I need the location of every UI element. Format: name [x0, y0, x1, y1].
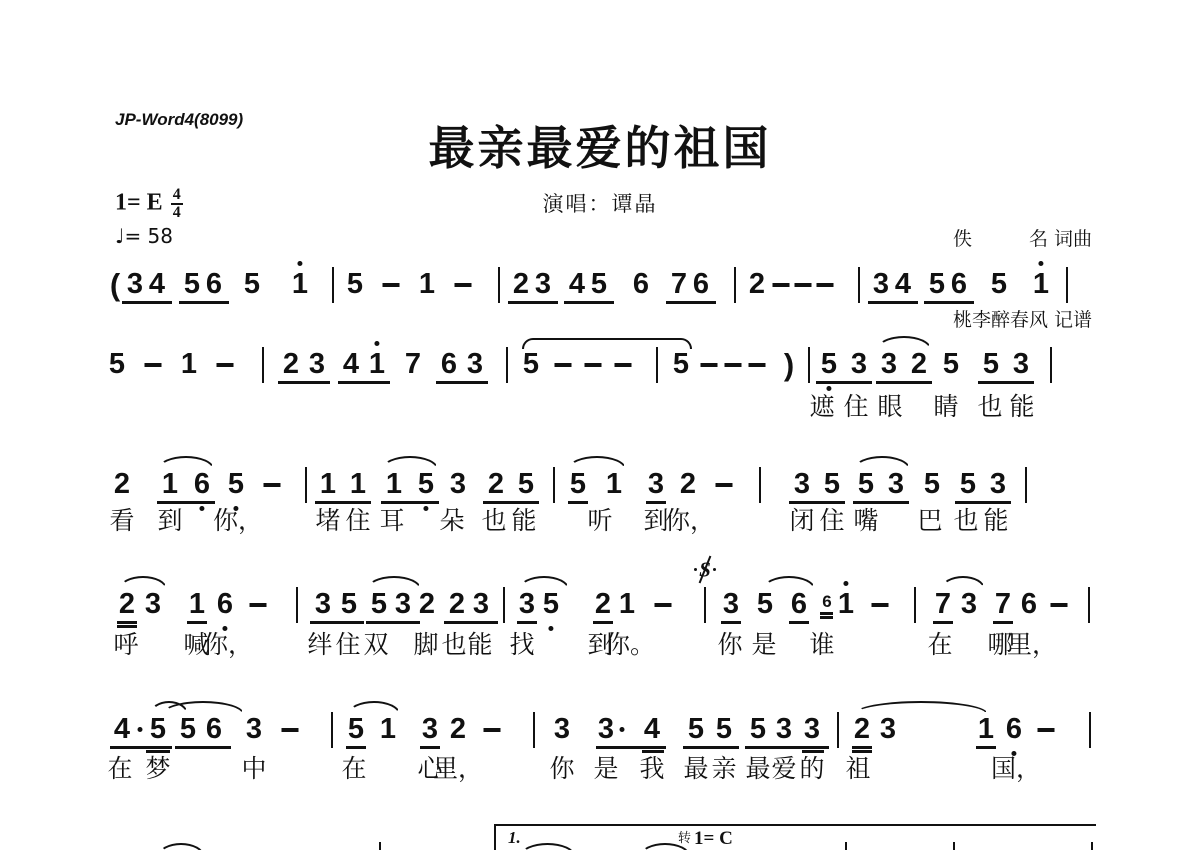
note: 5: [347, 270, 363, 299]
barline: [734, 267, 736, 303]
note: 5: [983, 350, 999, 379]
augmentation-dot: [138, 727, 143, 732]
lyric-char: 能: [511, 508, 536, 534]
beam-underline: [564, 301, 614, 304]
barline: [1025, 467, 1027, 503]
dash-prolong: [749, 363, 766, 367]
barline: [506, 347, 508, 383]
note: 5: [929, 270, 945, 299]
note: 3: [794, 470, 810, 499]
beam-underline: [310, 621, 364, 624]
beam-underline: [381, 501, 439, 504]
beam-underline: [978, 381, 1034, 384]
beam-underline: [517, 621, 537, 624]
note: 1: [189, 590, 205, 619]
slur-arc: [854, 456, 910, 469]
note: 5: [591, 270, 607, 299]
note: 5: [523, 350, 539, 379]
beam-underline: [110, 746, 172, 749]
partial-barline: [379, 842, 381, 850]
note: 5: [184, 270, 200, 299]
note: 7: [405, 350, 421, 379]
beam-underline: [117, 625, 137, 628]
partial-slur-arc: [158, 843, 204, 850]
note: 1: [606, 470, 622, 499]
note: 5: [348, 715, 364, 744]
barline: [837, 712, 839, 748]
lyric-char: 能: [983, 508, 1008, 534]
beam-underline: [745, 746, 829, 749]
lyric-char: 里，: [433, 756, 483, 782]
sheet-music-page: JP-Word4(8099) 最亲最爱的祖国 演唱：谭晶 佚 名 词曲 桃李醉春…: [0, 0, 1200, 850]
lyric-char: 国，: [991, 756, 1041, 782]
beam-underline: [338, 381, 390, 384]
slur-arc: [119, 576, 167, 589]
beam-underline: [315, 501, 371, 504]
beam-underline: [876, 381, 932, 384]
lyric-char: 亲: [711, 756, 736, 782]
note: 2: [114, 470, 130, 499]
slur-arc: [382, 456, 438, 469]
note: 3: [473, 590, 489, 619]
beam-underline: [816, 381, 872, 384]
modulation-word: 转: [678, 831, 691, 846]
slur-arc: [877, 336, 931, 349]
beam-underline: [789, 621, 809, 624]
dash-prolong: [872, 603, 889, 607]
modulation-key: 1= C: [694, 828, 733, 849]
dash-prolong: [817, 283, 834, 287]
lyric-char: 最: [683, 756, 708, 782]
lyric-char: 在: [107, 756, 132, 782]
beam-underline: [508, 301, 558, 304]
slur-arc: [941, 576, 985, 589]
note: 3: [723, 590, 739, 619]
lyric-char: 也: [441, 632, 466, 658]
beam-underline: [820, 612, 833, 615]
lyric-char: 双: [363, 632, 388, 658]
barline: [656, 347, 658, 383]
note: 2: [283, 350, 299, 379]
beam-underline: [852, 750, 872, 753]
slur-arc: [763, 576, 815, 589]
lyric-char: 到: [157, 508, 182, 534]
note: 3: [888, 470, 904, 499]
note: 1: [1033, 270, 1049, 299]
lyric-char: 你，: [203, 632, 253, 658]
lyric-char: 能: [1009, 394, 1034, 420]
lyric-char: 堵: [315, 508, 340, 534]
lyric-char: 闭: [789, 508, 814, 534]
note: 2: [513, 270, 529, 299]
note: 2: [419, 590, 435, 619]
lyric-char: 在: [927, 632, 952, 658]
note: 3: [776, 715, 792, 744]
note: 5: [757, 590, 773, 619]
note: 6: [633, 270, 649, 299]
lyric-char: 看: [109, 508, 134, 534]
slur-arc: [568, 456, 626, 469]
barline: [1089, 712, 1091, 748]
octave-dot-low: [548, 626, 553, 631]
beam-underline: [646, 501, 666, 504]
segno-icon: S: [695, 556, 715, 584]
lyric-char: 呼: [113, 632, 138, 658]
volta-number: 1.: [508, 828, 521, 848]
note: 6: [1006, 715, 1022, 744]
lyric-char: 睛: [933, 394, 958, 420]
beam-underline: [117, 621, 137, 624]
lyric-char: 住: [335, 632, 360, 658]
note: 6: [206, 715, 222, 744]
dash-prolong: [585, 363, 602, 367]
note: 3: [422, 715, 438, 744]
dash-prolong: [795, 283, 812, 287]
lyric-char: 最: [745, 756, 770, 782]
dash-prolong: [282, 728, 299, 732]
beam-underline: [993, 621, 1013, 624]
lyric-char: 也: [977, 394, 1002, 420]
beam-underline: [179, 301, 229, 304]
barline: [262, 347, 264, 383]
lyric-char: 能: [467, 632, 492, 658]
beam-underline: [955, 501, 1011, 504]
octave-dot-low: [423, 506, 428, 511]
beam-underline: [852, 746, 872, 749]
lyric-char: 你。: [605, 632, 655, 658]
barline: [331, 712, 333, 748]
octave-dot-high: [374, 341, 379, 346]
lyric-char: 中: [241, 756, 266, 782]
note: 3: [961, 590, 977, 619]
note: 3: [535, 270, 551, 299]
lyric-char: 住: [345, 508, 370, 534]
lyric-char: 听: [587, 508, 612, 534]
note: 3: [554, 715, 570, 744]
note: 3: [873, 270, 889, 299]
note: 4: [343, 350, 359, 379]
lyric-char: 也: [953, 508, 978, 534]
lyric-char: 是: [593, 756, 618, 782]
beam-underline: [346, 746, 366, 749]
note: 5: [858, 470, 874, 499]
note: 2: [749, 270, 765, 299]
lyric-char: 祖: [845, 756, 870, 782]
augmentation-dot: [620, 727, 625, 732]
lyric-char: 的: [799, 756, 824, 782]
note: 1: [369, 350, 385, 379]
note: 1: [978, 715, 994, 744]
slur-arc: [348, 701, 400, 714]
note: 3: [1013, 350, 1029, 379]
note: 5: [180, 715, 196, 744]
lyric-char: 遮: [809, 394, 834, 420]
note: 6: [951, 270, 967, 299]
beam-underline: [483, 501, 539, 504]
dash-prolong: [773, 283, 790, 287]
note: 5: [824, 470, 840, 499]
beam-underline: [976, 746, 996, 749]
note: 5: [418, 470, 434, 499]
beam-underline: [596, 746, 666, 749]
dash-prolong: [1051, 603, 1068, 607]
paren: (: [110, 270, 120, 299]
tie-arc: [522, 338, 692, 349]
note: 3: [851, 350, 867, 379]
lyric-char: 是: [751, 632, 776, 658]
dash-prolong: [383, 283, 400, 287]
note: 1: [386, 470, 402, 499]
lyric-char: 绊: [307, 632, 332, 658]
note: 3: [990, 470, 1006, 499]
note: 2: [449, 590, 465, 619]
lyric-char: 我: [639, 756, 664, 782]
note: 2: [854, 715, 870, 744]
slur-arc: [854, 701, 988, 714]
octave-dot-high: [297, 261, 302, 266]
note: 3: [881, 350, 897, 379]
note: 6: [217, 590, 233, 619]
note: 5: [673, 350, 689, 379]
barline: [759, 467, 761, 503]
beam-underline: [853, 501, 909, 504]
barline: [1066, 267, 1068, 303]
barline: [503, 587, 505, 623]
lyric-char: 你: [549, 756, 574, 782]
barline: [914, 587, 916, 623]
note: 6: [441, 350, 457, 379]
note: 5: [244, 270, 260, 299]
lyric-char: 你，: [665, 508, 715, 534]
dash-prolong: [1038, 728, 1055, 732]
note: 1: [419, 270, 435, 299]
note: 1: [181, 350, 197, 379]
note: 3: [395, 590, 411, 619]
note: 6: [194, 470, 210, 499]
dash-prolong: [701, 363, 718, 367]
note: 7: [995, 590, 1011, 619]
beam-underline: [933, 621, 953, 624]
note: 2: [680, 470, 696, 499]
note: 1: [380, 715, 396, 744]
beam-underline: [146, 750, 170, 753]
beam-underline: [802, 750, 824, 753]
octave-dot-high: [1038, 261, 1043, 266]
note: 4: [644, 715, 660, 744]
dash-prolong: [615, 363, 632, 367]
lyric-char: 住: [819, 508, 844, 534]
beam-underline: [366, 621, 420, 624]
note: 1: [619, 590, 635, 619]
beam-underline: [157, 501, 215, 504]
note: 6: [791, 590, 807, 619]
grace-note: 6: [822, 593, 831, 610]
lyric-char: 谁: [809, 632, 834, 658]
note: 5: [150, 715, 166, 744]
barline: [296, 587, 298, 623]
note: 5: [716, 715, 732, 744]
lyric-char: 里，: [1007, 632, 1057, 658]
note: 5: [371, 590, 387, 619]
note: 2: [450, 715, 466, 744]
beam-underline: [420, 746, 440, 749]
note: 5: [991, 270, 1007, 299]
barline: [858, 267, 860, 303]
note: 3: [246, 715, 262, 744]
dash-prolong: [655, 603, 672, 607]
lyric-char: 在: [341, 756, 366, 782]
octave-dot-high: [843, 581, 848, 586]
lyric-char: 朵: [439, 508, 464, 534]
volta-bracket: 1. 转1= C: [494, 824, 1096, 850]
note: 6: [693, 270, 709, 299]
barline: [808, 347, 810, 383]
dash-prolong: [725, 363, 742, 367]
beam-underline: [436, 381, 488, 384]
note: 3: [127, 270, 143, 299]
note: 7: [935, 590, 951, 619]
beam-underline: [278, 381, 330, 384]
note: 3: [519, 590, 535, 619]
note: 5: [228, 470, 244, 499]
beam-underline: [593, 621, 613, 624]
score: (345651512345676234565151234176355)53325…: [0, 0, 1200, 850]
note: 6: [206, 270, 222, 299]
note: 3: [467, 350, 483, 379]
lyric-char: 也: [481, 508, 506, 534]
octave-dot-low: [199, 506, 204, 511]
lyric-char: 你，: [213, 508, 263, 534]
beam-underline: [187, 621, 207, 624]
lyric-char: 巴: [917, 508, 942, 534]
lyric-char: 爱: [771, 756, 796, 782]
note: 5: [688, 715, 704, 744]
beam-underline: [789, 501, 845, 504]
lyric-char: 找: [509, 632, 534, 658]
note: 2: [488, 470, 504, 499]
note: 5: [341, 590, 357, 619]
lyric-char: 眼: [877, 394, 902, 420]
note: 3: [309, 350, 325, 379]
lyric-char: 梦: [145, 756, 170, 782]
beam-underline: [683, 746, 739, 749]
note: 3: [145, 590, 161, 619]
barline: [704, 587, 706, 623]
note: 2: [911, 350, 927, 379]
note: 3: [450, 470, 466, 499]
dash-prolong: [555, 363, 572, 367]
barline: [498, 267, 500, 303]
note: 7: [671, 270, 687, 299]
note: 5: [518, 470, 534, 499]
note: 5: [924, 470, 940, 499]
note: 5: [960, 470, 976, 499]
beam-underline: [820, 616, 833, 619]
note: 3: [880, 715, 896, 744]
dash-prolong: [217, 363, 234, 367]
dash-prolong: [145, 363, 162, 367]
paren: ): [784, 350, 794, 379]
note: 1: [838, 590, 854, 619]
lyric-char: 你: [717, 632, 742, 658]
beam-underline: [666, 301, 716, 304]
beam-underline: [122, 301, 172, 304]
barline: [533, 712, 535, 748]
beam-underline: [868, 301, 918, 304]
note: 5: [543, 590, 559, 619]
beam-underline: [642, 750, 664, 753]
note: 1: [320, 470, 336, 499]
slur-arc: [158, 456, 214, 469]
barline: [305, 467, 307, 503]
note: 4: [895, 270, 911, 299]
note: 5: [570, 470, 586, 499]
dash-prolong: [716, 483, 733, 487]
lyric-char: 脚: [413, 632, 438, 658]
dash-prolong: [455, 283, 472, 287]
slur-arc: [367, 576, 421, 589]
note: 5: [821, 350, 837, 379]
note: 4: [114, 715, 130, 744]
note: 3: [315, 590, 331, 619]
dash-prolong: [250, 603, 267, 607]
note: 4: [569, 270, 585, 299]
dash-prolong: [264, 483, 281, 487]
lyric-char: 住: [843, 394, 868, 420]
barline: [1050, 347, 1052, 383]
note: 3: [598, 715, 614, 744]
barline: [332, 267, 334, 303]
beam-underline: [721, 621, 741, 624]
beam-underline: [924, 301, 974, 304]
note: 5: [943, 350, 959, 379]
note: 3: [804, 715, 820, 744]
note: 2: [119, 590, 135, 619]
note: 1: [350, 470, 366, 499]
dash-prolong: [484, 728, 501, 732]
note: 1: [162, 470, 178, 499]
beam-underline: [175, 746, 231, 749]
note: 1: [292, 270, 308, 299]
note: 3: [648, 470, 664, 499]
lyric-char: 耳: [379, 508, 404, 534]
note: 6: [1021, 590, 1037, 619]
note: 2: [595, 590, 611, 619]
barline: [553, 467, 555, 503]
note: 5: [109, 350, 125, 379]
note: 4: [149, 270, 165, 299]
note: 5: [750, 715, 766, 744]
slur-arc: [519, 576, 569, 589]
barline: [1088, 587, 1090, 623]
lyric-char: 嘴: [853, 508, 878, 534]
modulation-marking: 转1= C: [678, 827, 733, 850]
beam-underline: [568, 501, 588, 504]
octave-dot-low: [826, 386, 831, 391]
beam-underline: [444, 621, 498, 624]
